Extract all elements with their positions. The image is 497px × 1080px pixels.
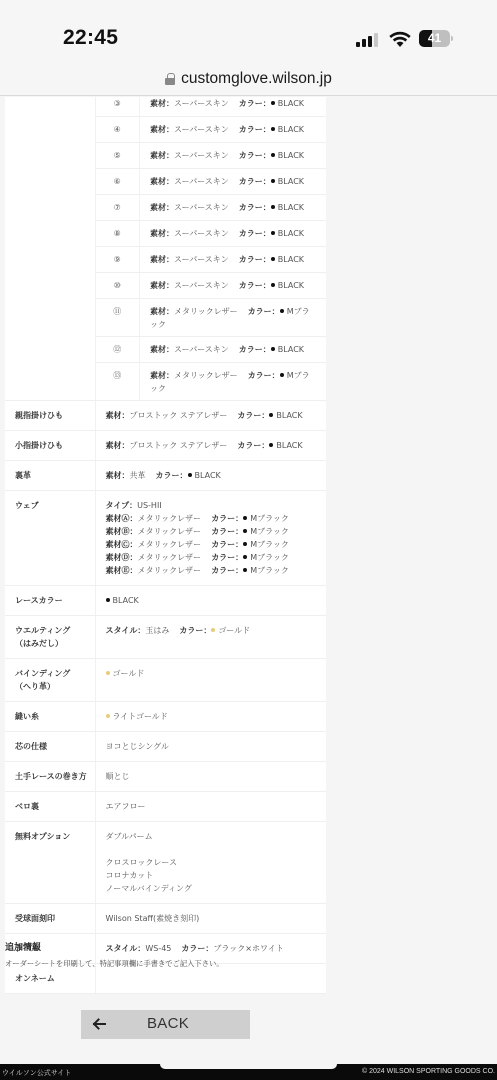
part-number: ⑬: [96, 362, 140, 400]
part-number: ⑧: [96, 220, 140, 246]
color-swatch-icon: [271, 205, 275, 209]
color-swatch-icon: [271, 153, 275, 157]
spec-row-core: 芯の仕様 ヨコとじシングル: [5, 732, 326, 762]
part-value: 素材：スーパースキンカラー：BLACK: [140, 142, 327, 168]
part-number: ③: [96, 97, 140, 116]
parts-list-item: ⑬素材：メタリックレザーカラー：Mブラック: [96, 362, 327, 400]
color-swatch-icon: [243, 568, 247, 572]
additional-info-title: 追加情報: [5, 940, 485, 953]
parts-list-item: ⑤素材：スーパースキンカラー：BLACK: [96, 142, 327, 168]
free-option-item: ノーマルバインディング: [106, 882, 321, 895]
web-material-line: 素材Ⓐ：メタリックレザーカラー：Mブラック: [106, 512, 321, 525]
spec-value: スタイル：玉はみカラー：ゴールド: [95, 616, 326, 659]
order-spec-section: ③素材：スーパースキンカラー：BLACK④素材：スーパースキンカラー：BLACK…: [5, 97, 326, 994]
spec-row-thread: 縫い糸 ライトゴールド: [5, 702, 326, 732]
battery-icon: 41: [419, 30, 450, 47]
part-number: ⑦: [96, 194, 140, 220]
color-swatch-icon: [271, 127, 275, 131]
wifi-icon: [389, 30, 411, 48]
arrow-left-icon: [91, 1016, 107, 1032]
part-value: 素材：メタリックレザーカラー：Mブラック: [140, 298, 327, 336]
spec-row-tongue-back: ベロ裏 エアフロー: [5, 792, 326, 822]
spec-row-pinky-loop: 小指掛けひも 素材：プロストック ステアレザーカラー：BLACK: [5, 431, 326, 461]
url-text: customglove.wilson.jp: [181, 70, 332, 88]
color-swatch-icon: [271, 257, 275, 261]
part-number: ⑨: [96, 246, 140, 272]
color-swatch-icon: [106, 671, 110, 675]
parts-list-item: ⑩素材：スーパースキンカラー：BLACK: [96, 272, 327, 298]
part-value: 素材：スーパースキンカラー：BLACK: [140, 116, 327, 142]
spec-label: 無料オプション: [5, 822, 95, 904]
color-swatch-icon: [271, 101, 275, 105]
cellular-signal-icon: [356, 32, 378, 47]
web-material-line: 素材Ⓓ：メタリックレザーカラー：Mブラック: [106, 551, 321, 564]
parts-list-item: ⑦素材：スーパースキンカラー：BLACK: [96, 194, 327, 220]
parts-list-item: ④素材：スーパースキンカラー：BLACK: [96, 116, 327, 142]
part-number: ⑫: [96, 336, 140, 362]
spec-label: バインディング （へり革）: [5, 659, 95, 702]
parts-value-cell: ③素材：スーパースキンカラー：BLACK④素材：スーパースキンカラー：BLACK…: [95, 97, 326, 401]
parts-list-item: ⑪素材：メタリックレザーカラー：Mブラック: [96, 298, 327, 336]
spec-row-thumb-lace: 土手レースの巻き方 順とじ: [5, 762, 326, 792]
color-swatch-icon: [269, 443, 273, 447]
spec-row-thumb-loop: 親指掛けひも 素材：プロストック ステアレザーカラー：BLACK: [5, 401, 326, 431]
battery-level: 41: [419, 30, 450, 47]
part-number: ⑥: [96, 168, 140, 194]
home-indicator: [160, 1064, 337, 1069]
parts-list-item: ⑧素材：スーパースキンカラー：BLACK: [96, 220, 327, 246]
parts-list-item: ⑨素材：スーパースキンカラー：BLACK: [96, 246, 327, 272]
color-swatch-icon: [243, 555, 247, 559]
color-swatch-icon: [106, 598, 110, 602]
spec-label: 土手レースの巻き方: [5, 762, 95, 792]
part-value: 素材：スーパースキンカラー：BLACK: [140, 220, 327, 246]
spec-label: レースカラー: [5, 586, 95, 616]
web-material-line: 素材Ⓒ：メタリックレザーカラー：Mブラック: [106, 538, 321, 551]
spec-label: 親指掛けひも: [5, 401, 95, 431]
spec-value: 素材：プロストック ステアレザーカラー：BLACK: [95, 401, 326, 431]
color-swatch-icon: [271, 347, 275, 351]
spec-table: ③素材：スーパースキンカラー：BLACK④素材：スーパースキンカラー：BLACK…: [5, 97, 326, 994]
color-swatch-icon: [243, 529, 247, 533]
spec-value: タイプ：US-HII 素材Ⓐ：メタリックレザーカラー：Mブラック素材Ⓑ：メタリッ…: [95, 491, 326, 586]
part-number: ⑤: [96, 142, 140, 168]
spec-row-lining: 裏革 素材：共革カラー：BLACK: [5, 461, 326, 491]
clock: 22:45: [63, 26, 118, 50]
spec-value: ゴールド: [95, 659, 326, 702]
free-option-item: クロスロックレース: [106, 856, 321, 869]
web-material-line: 素材Ⓔ：メタリックレザーカラー：Mブラック: [106, 564, 321, 577]
color-swatch-icon: [271, 283, 275, 287]
spec-row-palm-stamp: 受球面刻印 Wilson Staff(素焼き刻印): [5, 904, 326, 934]
part-value: 素材：スーパースキンカラー：BLACK: [140, 272, 327, 298]
spec-label: ウエルティング （はみだし）: [5, 616, 95, 659]
spec-value: エアフロー: [95, 792, 326, 822]
color-swatch-icon: [188, 473, 192, 477]
parts-row: ③素材：スーパースキンカラー：BLACK④素材：スーパースキンカラー：BLACK…: [5, 97, 326, 401]
spec-value: BLACK: [95, 586, 326, 616]
spec-row-web: ウェブ タイプ：US-HII 素材Ⓐ：メタリックレザーカラー：Mブラック素材Ⓑ：…: [5, 491, 326, 586]
parts-label-cell: [5, 97, 95, 401]
spec-value: 素材：プロストック ステアレザーカラー：BLACK: [95, 431, 326, 461]
part-number: ⑪: [96, 298, 140, 336]
back-button[interactable]: BACK: [81, 1010, 250, 1039]
spec-label: 裏革: [5, 461, 95, 491]
battery-tip: [451, 36, 453, 41]
color-swatch-icon: [280, 309, 284, 313]
parts-list-item: ⑫素材：スーパースキンカラー：BLACK: [96, 336, 327, 362]
back-button-label: BACK: [147, 1015, 189, 1032]
spec-row-free-options: 無料オプション ダブルパーム クロスロックレースコロナカットノーマルバインディン…: [5, 822, 326, 904]
color-swatch-icon: [280, 373, 284, 377]
parts-subtable: ③素材：スーパースキンカラー：BLACK④素材：スーパースキンカラー：BLACK…: [96, 97, 327, 400]
spec-row-welting: ウエルティング （はみだし） スタイル：玉はみカラー：ゴールド: [5, 616, 326, 659]
web-material-line: 素材Ⓑ：メタリックレザーカラー：Mブラック: [106, 525, 321, 538]
part-number: ④: [96, 116, 140, 142]
color-swatch-icon: [271, 179, 275, 183]
spec-value: ダブルパーム クロスロックレースコロナカットノーマルバインディング: [95, 822, 326, 904]
color-swatch-icon: [106, 714, 110, 718]
footer-copyright: © 2024 WILSON SPORTING GOODS CO.: [362, 1068, 495, 1075]
spec-value: 順とじ: [95, 762, 326, 792]
browser-url-bar[interactable]: customglove.wilson.jp: [0, 68, 497, 96]
spec-value: 素材：共革カラー：BLACK: [95, 461, 326, 491]
spec-row-lace-color: レースカラー BLACK: [5, 586, 326, 616]
spec-value: Wilson Staff(素焼き刻印): [95, 904, 326, 934]
part-number: ⑩: [96, 272, 140, 298]
spec-value: ヨコとじシングル: [95, 732, 326, 762]
color-swatch-icon: [269, 413, 273, 417]
parts-list-item: ③素材：スーパースキンカラー：BLACK: [96, 97, 327, 116]
spec-row-binding: バインディング （へり革） ゴールド: [5, 659, 326, 702]
spec-label: 小指掛けひも: [5, 431, 95, 461]
spec-label: 受球面刻印: [5, 904, 95, 934]
part-value: 素材：スーパースキンカラー：BLACK: [140, 168, 327, 194]
parts-list-item: ⑥素材：スーパースキンカラー：BLACK: [96, 168, 327, 194]
additional-info-text: オーダーシートを印刷して、特記事項欄に手書きでご記入下さい。: [5, 959, 485, 969]
status-bar: 22:45 41: [0, 0, 497, 68]
additional-info-section: 追加情報 オーダーシートを印刷して、特記事項欄に手書きでご記入下さい。: [5, 940, 485, 969]
footer-site-link[interactable]: ウイルソン公式サイト: [2, 1068, 71, 1078]
color-swatch-icon: [243, 516, 247, 520]
spec-value: ライトゴールド: [95, 702, 326, 732]
part-value: 素材：スーパースキンカラー：BLACK: [140, 194, 327, 220]
spec-label: ベロ裏: [5, 792, 95, 822]
color-swatch-icon: [271, 231, 275, 235]
spec-label: 芯の仕様: [5, 732, 95, 762]
color-swatch-icon: [243, 542, 247, 546]
color-swatch-icon: [211, 628, 215, 632]
lock-icon: [165, 73, 175, 85]
spec-label: ウェブ: [5, 491, 95, 586]
part-value: 素材：スーパースキンカラー：BLACK: [140, 97, 327, 116]
part-value: 素材：スーパースキンカラー：BLACK: [140, 246, 327, 272]
part-value: 素材：スーパースキンカラー：BLACK: [140, 336, 327, 362]
spec-label: 縫い糸: [5, 702, 95, 732]
free-option-item: コロナカット: [106, 869, 321, 882]
part-value: 素材：メタリックレザーカラー：Mブラック: [140, 362, 327, 400]
